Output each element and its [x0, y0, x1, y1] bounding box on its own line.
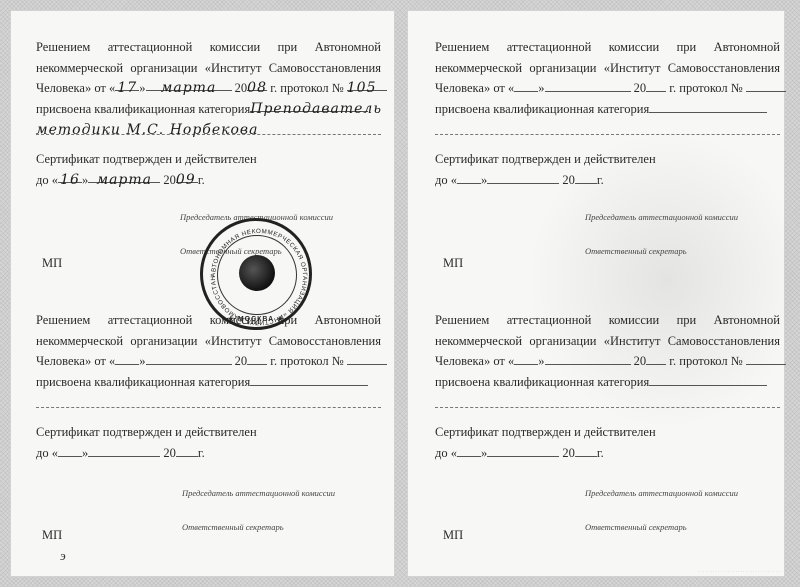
- stamp-city: ★ МОСКВА ★: [203, 315, 309, 323]
- seal-place-label: МП: [443, 528, 463, 543]
- protocol-number-field[interactable]: [347, 352, 387, 365]
- decision-line-2: некоммерческой организации «Институт Сам…: [36, 58, 381, 79]
- decision-line-1: Решением аттестационной комиссии при Авт…: [36, 37, 381, 58]
- decision-line-2: некоммерческой организации «Институт Сам…: [36, 331, 381, 352]
- valid-year-field[interactable]: [575, 444, 597, 457]
- seal-place-label: МП: [42, 528, 62, 543]
- valid-month-field[interactable]: марта: [88, 170, 160, 183]
- category-line: присвоена квалификационная категория: [435, 99, 780, 120]
- category-line: присвоена квалификационная категория: [36, 372, 381, 393]
- day-field[interactable]: [514, 79, 538, 92]
- seal-place-label: МП: [443, 256, 463, 271]
- year-field[interactable]: [247, 352, 267, 365]
- protocol-number-field[interactable]: [746, 352, 786, 365]
- valid-month-field[interactable]: [487, 444, 559, 457]
- decision-line-2: некоммерческой организации «Институт Сам…: [435, 331, 780, 352]
- decision-line-2: некоммерческой организации «Институт Сам…: [435, 58, 780, 79]
- valid-day-field[interactable]: [58, 444, 82, 457]
- chairman-signature-label: Председатель аттестационной комиссии: [182, 488, 335, 498]
- stamp-emblem-icon: [239, 255, 275, 291]
- date-protocol-line: Человека» от «17»марта 2008 г. протокол …: [36, 78, 381, 99]
- chairman-signature-label: Председатель аттестационной комиссии: [585, 488, 738, 498]
- category-line: присвоена квалификационная категория: [435, 372, 780, 393]
- certification-entry-top-left: Решением аттестационной комиссии при Авт…: [36, 37, 381, 190]
- valid-day-field[interactable]: 16: [58, 170, 82, 183]
- certificate-valid-label: Сертификат подтвержден и действителен: [435, 149, 780, 170]
- date-protocol-line: Человека» от «» 20 г. протокол №: [435, 351, 780, 372]
- day-field[interactable]: [514, 352, 538, 365]
- decision-line-1: Решением аттестационной комиссии при Авт…: [435, 37, 780, 58]
- certification-entry-top-right: Решением аттестационной комиссии при Авт…: [435, 37, 780, 190]
- month-field[interactable]: [146, 352, 232, 365]
- valid-day-field[interactable]: [457, 444, 481, 457]
- seal-place-label: МП: [42, 256, 62, 271]
- date-protocol-line: Человека» от «» 20 г. протокол №: [36, 351, 381, 372]
- category-field-continued[interactable]: [435, 120, 780, 135]
- category-field[interactable]: [649, 100, 767, 113]
- valid-day-field[interactable]: [457, 171, 481, 184]
- year-field[interactable]: [646, 79, 666, 92]
- certification-entry-bottom-right: Решением аттестационной комиссии при Авт…: [435, 310, 780, 463]
- category-line: присвоена квалификационная категорияПреп…: [36, 99, 381, 120]
- valid-year-field[interactable]: [575, 171, 597, 184]
- protocol-number-field[interactable]: [746, 79, 786, 92]
- secretary-signature-label: Ответственный секретарь: [182, 522, 284, 532]
- year-field[interactable]: 08: [247, 78, 267, 91]
- category-field[interactable]: [250, 373, 368, 386]
- date-protocol-line: Человека» от «» 20 г. протокол №: [435, 78, 780, 99]
- category-field-continued[interactable]: [435, 393, 780, 408]
- category-field[interactable]: [649, 373, 767, 386]
- certificate-valid-label: Сертификат подтвержден и действителен: [435, 422, 780, 443]
- chairman-signature-label: Председатель аттестационной комиссии: [585, 212, 738, 222]
- secretary-signature-label: Ответственный секретарь: [585, 246, 687, 256]
- year-field[interactable]: [646, 352, 666, 365]
- month-field[interactable]: марта: [146, 78, 232, 91]
- margin-mark: э: [60, 548, 66, 564]
- valid-until-line: до «16»марта 2009г.: [36, 170, 381, 191]
- valid-until-line: до «» 20г.: [36, 443, 381, 464]
- valid-month-field[interactable]: [487, 171, 559, 184]
- month-field[interactable]: [545, 79, 631, 92]
- secretary-signature-label: Ответственный секретарь: [585, 522, 687, 532]
- official-stamp: АВТОНОМНАЯ НЕКОММЕРЧЕСКАЯ ОРГАНИЗАЦИЯ «И…: [200, 218, 312, 330]
- protocol-number-field[interactable]: 105: [347, 78, 387, 91]
- category-field-continued[interactable]: методики М.С. Норбекова: [36, 120, 381, 135]
- valid-month-field[interactable]: [88, 444, 160, 457]
- valid-until-line: до «» 20г.: [435, 443, 780, 464]
- category-field[interactable]: Преподаватель: [250, 99, 368, 112]
- printer-imprint: . . . . . . . . . . . . . . . . . . . . …: [698, 569, 782, 573]
- month-field[interactable]: [545, 352, 631, 365]
- valid-year-field[interactable]: [176, 444, 198, 457]
- valid-until-line: до «» 20г.: [435, 170, 780, 191]
- day-field[interactable]: 17: [115, 78, 139, 91]
- category-field-continued[interactable]: [36, 393, 381, 408]
- certificate-valid-label: Сертификат подтвержден и действителен: [36, 149, 381, 170]
- valid-year-field[interactable]: 09: [176, 170, 198, 183]
- certificate-valid-label: Сертификат подтвержден и действителен: [36, 422, 381, 443]
- decision-line-1: Решением аттестационной комиссии при Авт…: [435, 310, 780, 331]
- day-field[interactable]: [115, 352, 139, 365]
